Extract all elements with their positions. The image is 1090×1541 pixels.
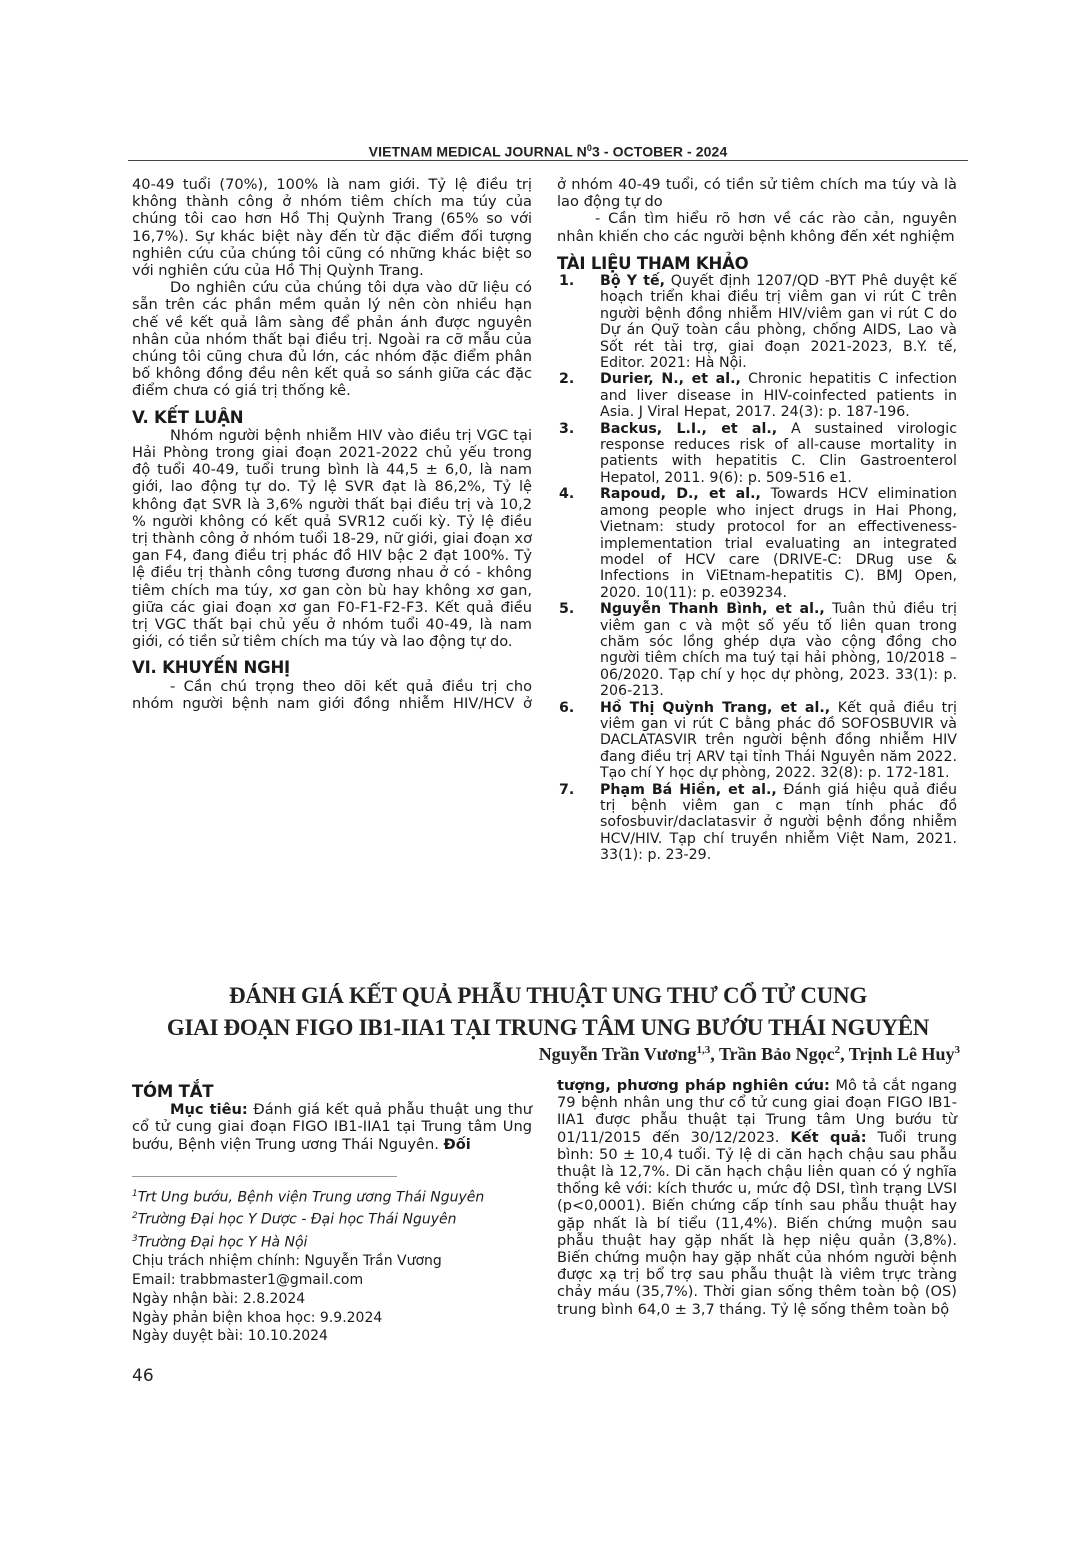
- running-header: VIETNAM MEDICAL JOURNAL N03 - OCTOBER - …: [128, 143, 968, 160]
- recommendation-item: - Cần tìm hiểu rõ hơn về các rào cản, ng…: [557, 210, 957, 244]
- article-title: ĐÁNH GIÁ KẾT QUẢ PHẪU THUẬT UNG THƯ CỔ T…: [128, 980, 968, 1044]
- article-title-line: GIAI ĐOẠN FIGO IB1-IIA1 TẠI TRUNG TÂM UN…: [128, 1012, 968, 1044]
- recommendation-item: - Cần chú trọng theo dõi kết quả điều tr…: [132, 678, 532, 712]
- reference-authors: Rapoud, D., et al.,: [600, 486, 761, 502]
- prev-article-right-column: ở nhóm 40-49 tuổi, có tiền sử tiêm chích…: [557, 176, 957, 864]
- abstract-right-column: tượng, phương pháp nghiên cứu: Mô tả cắt…: [557, 1077, 957, 1318]
- date-reviewed: Ngày phản biện khoa học: 9.9.2024: [132, 1309, 532, 1328]
- objective-label: Mục tiêu:: [170, 1101, 248, 1118]
- reference-item: 5.Nguyễn Thanh Bình, et al., Tuân thủ đi…: [557, 601, 957, 699]
- recommendation-heading: VI. KHUYẾN NGHỊ: [132, 659, 532, 676]
- abstract-left-column: TÓM TẮT Mục tiêu: Đánh giá kết quả phẫu …: [132, 1083, 532, 1346]
- reference-item: 4.Rapoud, D., et al., Towards HCV elimin…: [557, 486, 957, 601]
- reference-item: 2.Durier, N., et al., Chronic hepatitis …: [557, 371, 957, 420]
- author-name: Nguyễn Trần Vương: [539, 1044, 697, 1064]
- results-label: Kết quả:: [790, 1129, 866, 1146]
- discussion-paragraph: 40-49 tuổi (70%), 100% là nam giới. Tỷ l…: [132, 176, 532, 279]
- footnotes: 1Trt Ung bướu, Bệnh viện Trung ương Thái…: [132, 1185, 532, 1346]
- journal-name: VIETNAM MEDICAL JOURNAL N: [369, 144, 587, 160]
- affiliation: 3Trường Đại học Y Hà Nội: [132, 1230, 532, 1252]
- reference-authors: Backus, L.I., et al.,: [600, 421, 777, 437]
- date-received: Ngày nhận bài: 2.8.2024: [132, 1290, 532, 1309]
- abstract-heading: TÓM TẮT: [132, 1083, 532, 1100]
- conclusion-heading: V. KẾT LUẬN: [132, 409, 532, 426]
- footnote-divider: [132, 1176, 397, 1177]
- author-list: Nguyễn Trần Vương1,3, Trần Bảo Ngọc2, Tr…: [539, 1044, 960, 1065]
- author-name: Trịnh Lê Huy: [849, 1044, 955, 1064]
- abstract-paragraph: tượng, phương pháp nghiên cứu: Mô tả cắt…: [557, 1077, 957, 1318]
- discussion-paragraph: Do nghiên cứu của chúng tôi dựa vào dữ l…: [132, 279, 532, 399]
- reference-list: 1.Bộ Y tế, Quyết định 1207/QD -BYT Phê d…: [557, 273, 957, 864]
- author-name: Trần Bảo Ngọc: [719, 1044, 835, 1064]
- reference-item: 3.Backus, L.I., et al., A sustained viro…: [557, 421, 957, 487]
- reference-item: 7.Phạm Bá Hiền, et al., Đánh giá hiệu qu…: [557, 782, 957, 864]
- prev-article-left-column: 40-49 tuổi (70%), 100% là nam giới. Tỷ l…: [132, 176, 532, 712]
- reference-item: 1.Bộ Y tế, Quyết định 1207/QD -BYT Phê d…: [557, 273, 957, 371]
- abstract-paragraph: Mục tiêu: Đánh giá kết quả phẫu thuật un…: [132, 1101, 532, 1153]
- issue-date: 3 - OCTOBER - 2024: [592, 144, 727, 160]
- affiliation: 1Trt Ung bướu, Bệnh viện Trung ương Thái…: [132, 1185, 532, 1207]
- conclusion-paragraph: Nhóm người bệnh nhiễm HIV vào điều trị V…: [132, 427, 532, 651]
- reference-authors: Hồ Thị Quỳnh Trang, et al.,: [600, 700, 830, 716]
- reference-authors: Durier, N., et al.,: [600, 371, 741, 387]
- reference-item: 6.Hồ Thị Quỳnh Trang, et al., Kết quả đi…: [557, 700, 957, 782]
- affiliation: 2Trường Đại học Y Dược - Đại học Thái Ng…: [132, 1207, 532, 1229]
- recommendation-continuation: ở nhóm 40-49 tuổi, có tiền sử tiêm chích…: [557, 176, 957, 210]
- reference-authors: Nguyễn Thanh Bình, et al.,: [600, 601, 825, 617]
- corresponding-author: Chịu trách nhiệm chính: Nguyễn Trần Vươn…: [132, 1252, 532, 1271]
- journal-page: VIETNAM MEDICAL JOURNAL N03 - OCTOBER - …: [0, 0, 1090, 1541]
- references-heading: TÀI LIỆU THAM KHẢO: [557, 255, 957, 272]
- date-accepted: Ngày duyệt bài: 10.10.2024: [132, 1327, 532, 1346]
- header-divider: [128, 160, 968, 161]
- reference-authors: Phạm Bá Hiền, et al.,: [600, 782, 777, 798]
- email: Email: trabbmaster1@gmail.com: [132, 1271, 532, 1290]
- methods-label: tượng, phương pháp nghiên cứu:: [557, 1077, 830, 1094]
- reference-authors: Bộ Y tế,: [600, 273, 665, 289]
- page-number: 46: [132, 1366, 154, 1386]
- article-title-line: ĐÁNH GIÁ KẾT QUẢ PHẪU THUẬT UNG THƯ CỔ T…: [128, 980, 968, 1012]
